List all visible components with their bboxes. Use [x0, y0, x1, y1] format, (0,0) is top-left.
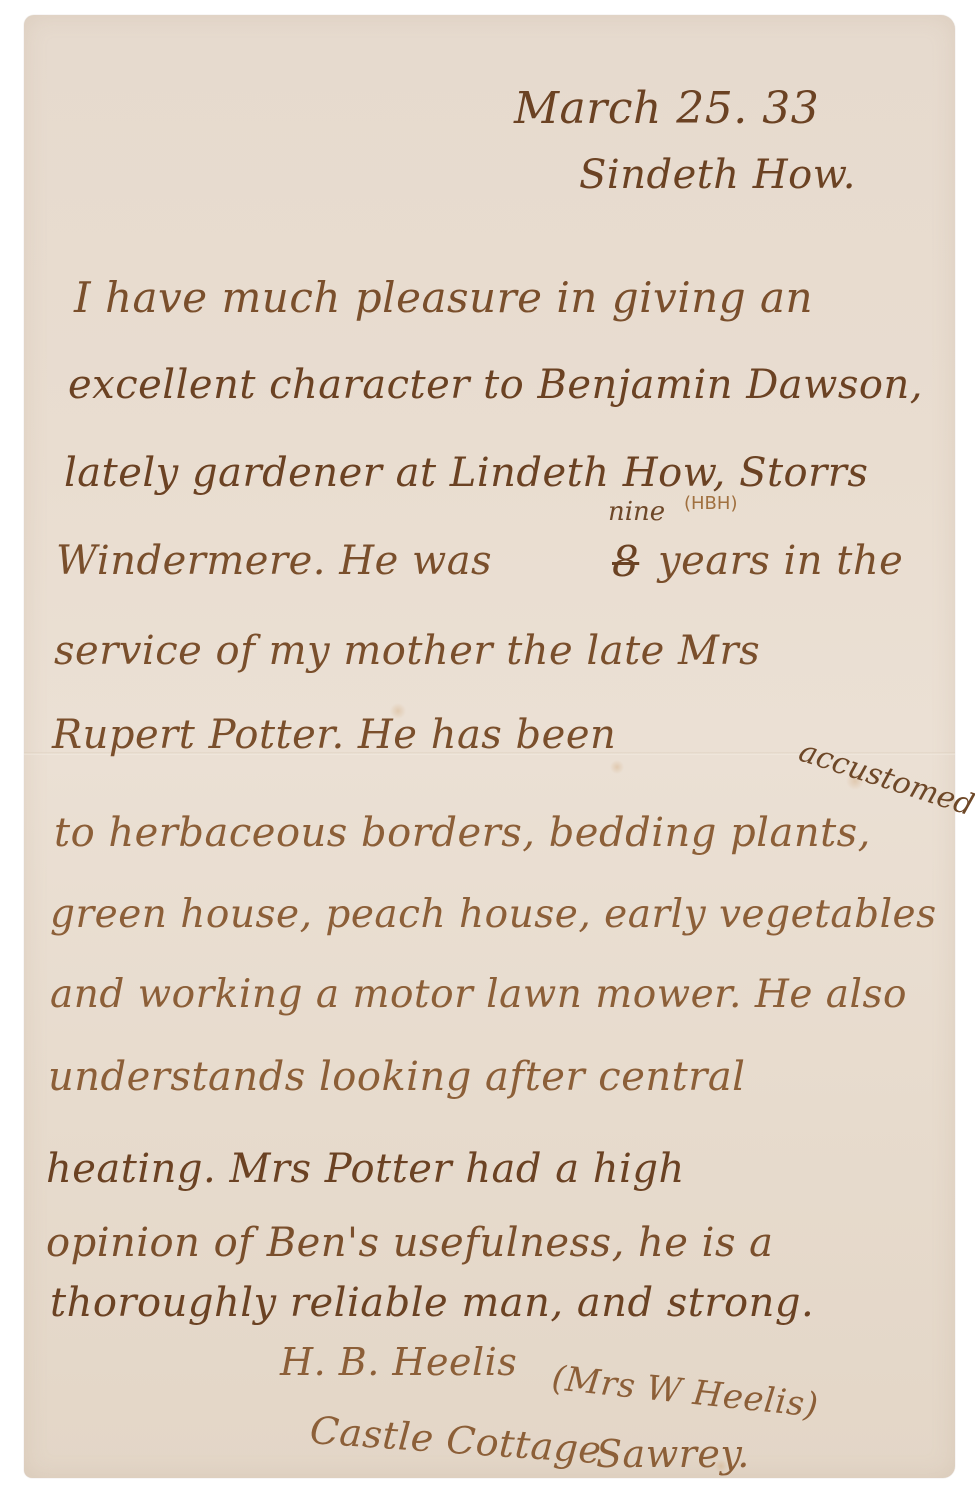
signature: H. B. Heelis — [280, 1343, 517, 1381]
inserted-word: nine — [608, 497, 665, 527]
address-line-2: Sawrey. — [596, 1435, 750, 1473]
correction-initials: (HBH) — [684, 493, 737, 514]
letter-paper: March 25. 33 Sindeth How. I have much pl… — [24, 15, 955, 1478]
letter-date: March 25. 33 — [514, 87, 819, 131]
signature-note: (Mrs W Heelis) — [550, 1361, 820, 1423]
letter-place: Sindeth How. — [579, 155, 856, 195]
struck-number: 8 — [612, 541, 639, 583]
body-line-2: excellent character to Benjamin Dawson, — [68, 365, 923, 405]
body-line-10: understands looking after central — [48, 1057, 745, 1097]
body-line-9: and working a motor lawn mower. He also — [50, 975, 907, 1014]
body-line-6: Rupert Potter. He has been — [52, 715, 616, 755]
body-line-8: green house, peach house, early vegetabl… — [50, 895, 937, 934]
body-line-7: to herbaceous borders, bedding plants, — [54, 813, 871, 853]
foxing-spot — [610, 760, 624, 774]
address-line-1: Castle Cottage — [309, 1411, 603, 1469]
body-line-4-cont: years in the — [658, 541, 903, 581]
body-line-1: I have much pleasure in giving an — [74, 277, 813, 319]
body-line-11: heating. Mrs Potter had a high — [46, 1149, 685, 1189]
body-line-4: Windermere. He was — [56, 541, 492, 581]
body-line-3: lately gardener at Lindeth How, Storrs — [64, 453, 868, 493]
body-line-13: thoroughly reliable man, and strong. — [50, 1283, 814, 1323]
body-line-5: service of my mother the late Mrs — [54, 631, 760, 671]
body-line-12: opinion of Ben's usefulness, he is a — [46, 1223, 774, 1263]
